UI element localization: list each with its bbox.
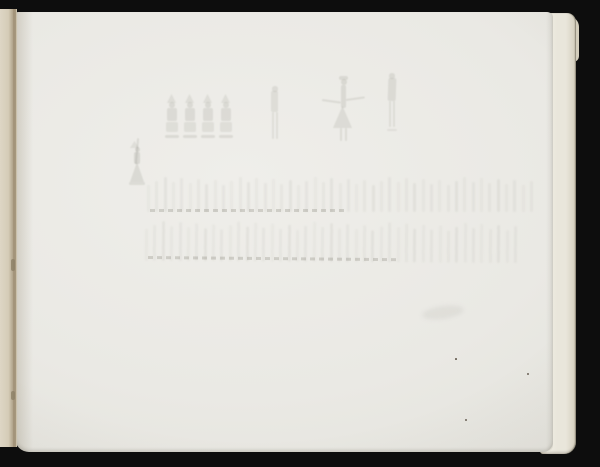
rank-figure-stroke [463,177,466,212]
rank-figure-stroke [489,229,492,263]
sketch-figure-drummer-group [164,94,238,140]
rank-figure-stroke [330,178,333,212]
rank-figure-stroke [480,224,483,263]
rank-figure-stroke [189,183,192,212]
pencil-stroke [201,135,215,138]
pencil-stroke [387,129,397,131]
rank-figure-stroke [237,221,240,261]
rank-figure-stroke [513,180,516,212]
rank-figure-stroke [396,227,399,262]
rank-figure-stroke [380,226,383,262]
rank-figure-stroke [322,182,325,212]
pencil-stroke [185,108,195,121]
pencil-stroke [322,99,341,104]
rank-figure-stroke [430,229,433,262]
pencil-stroke [203,108,213,121]
rank-figure-stroke [289,180,292,212]
rank-figure-stroke [329,223,332,262]
pencil-stroke [346,96,365,101]
pencil-stroke [202,122,214,132]
rank-figure-stroke [447,185,450,212]
pencil-stroke [129,182,145,185]
rank-row-1 [147,175,533,212]
rank-figure-stroke [347,179,350,212]
rank-figure-stroke [178,222,181,261]
rank-figure-stroke [314,177,317,212]
rank-feet-line-1 [150,209,345,212]
rank-figure-stroke [255,178,258,212]
pencil-stroke [340,128,342,141]
rank-figure-stroke [363,180,366,212]
rank-figure-stroke [405,223,408,262]
rank-figure-stroke [162,221,165,261]
rank-figure-stroke [222,185,225,212]
rank-figure-stroke [405,178,408,212]
pencil-stroke [221,108,231,121]
rank-figure-stroke [472,182,475,212]
rank-figure-stroke [422,179,425,212]
binding-mark [11,259,15,271]
rank-figure-stroke [305,181,308,212]
pencil-sketch-layer [0,0,600,467]
rank-figure-stroke [413,228,416,262]
rank-figure-stroke [172,182,175,212]
sketch-figure-conductor-arms-outstretched [319,76,367,142]
rank-figure-stroke [472,227,475,262]
rank-figure-stroke [522,185,525,212]
rank-figure-stroke [254,222,257,261]
pencil-stroke [165,135,179,138]
rank-figure-stroke [388,222,391,262]
pencil-stroke [393,101,395,127]
pencil-stroke [389,101,391,127]
rank-figure-stroke [271,223,274,261]
rank-figure-stroke [438,180,441,212]
rank-figure-stroke [180,178,183,212]
pencil-stroke [130,162,144,182]
rank-figure-stroke [530,181,533,212]
pencil-stroke [345,128,347,141]
pencil-stroke [272,112,274,139]
rank-figure-stroke [455,226,458,262]
rank-figure-stroke [195,223,198,261]
rank-figure-stroke [205,184,208,212]
pencil-stroke [388,78,396,101]
pencil-stroke [184,122,196,132]
rank-figure-stroke [514,226,517,263]
rank-figure-stroke [230,181,233,212]
binding-mark [11,391,15,400]
rank-figure-stroke [147,185,150,212]
rank-figure-stroke [339,183,342,212]
rank-figure-stroke [505,230,508,263]
rank-figure-stroke [313,221,316,261]
rank-figure-stroke [355,184,358,212]
sketch-figure-standing-figure-left [267,86,283,142]
sketch-figure-standing-figure-right [383,73,401,133]
rank-figure-stroke [197,179,200,212]
pencil-stroke [166,122,178,132]
rank-figure-stroke [287,224,290,261]
rank-figure-stroke [397,182,400,212]
rank-figure-stroke [247,182,250,212]
sketch-figure-flag-bearer [127,138,149,186]
spine-binding-edge [0,9,17,447]
rank-figure-stroke [155,181,158,212]
rank-figure-stroke [363,225,366,262]
rank-figure-stroke [280,184,283,212]
pencil-stroke [276,112,278,139]
pencil-stroke [333,106,352,128]
rank-figure-stroke [438,225,441,262]
photo-black-background: { "scene": { "subject": "open-sketchbook… [0,0,600,467]
pencil-stroke [220,122,232,132]
spine-crease-line [13,9,16,447]
pencil-stroke [341,85,347,108]
rank-figure-stroke [464,222,467,262]
rank-figure-stroke [413,183,416,212]
pencil-stroke [167,108,177,121]
rank-figure-stroke [264,183,267,212]
rank-figure-stroke [380,181,383,212]
paper-speck [465,419,467,421]
rank-figure-stroke [297,185,300,212]
rank-figure-stroke [272,179,275,212]
rank-figure-stroke [346,224,349,262]
rank-figure-stroke [455,181,458,212]
rank-figure-stroke [497,179,500,212]
rank-figure-stroke [480,178,483,212]
rank-figure-stroke [239,177,242,212]
pencil-smudge [421,303,464,322]
rank-figure-stroke [164,177,167,212]
rank-figure-stroke [505,184,508,212]
rank-figure-stroke [488,183,491,212]
rank-figure-stroke [447,230,450,262]
pencil-stroke [183,135,197,138]
rank-figure-stroke [388,177,391,212]
paper-speck [455,358,457,360]
pencil-stroke [271,91,278,112]
rank-figure-stroke [422,224,425,262]
rank-figure-stroke [372,185,375,212]
rank-figure-stroke [497,225,500,263]
pencil-stroke [219,135,233,138]
paper-speck [527,373,529,375]
rank-figure-stroke [430,184,433,212]
rank-figure-stroke [214,180,217,212]
photograph [0,0,600,467]
